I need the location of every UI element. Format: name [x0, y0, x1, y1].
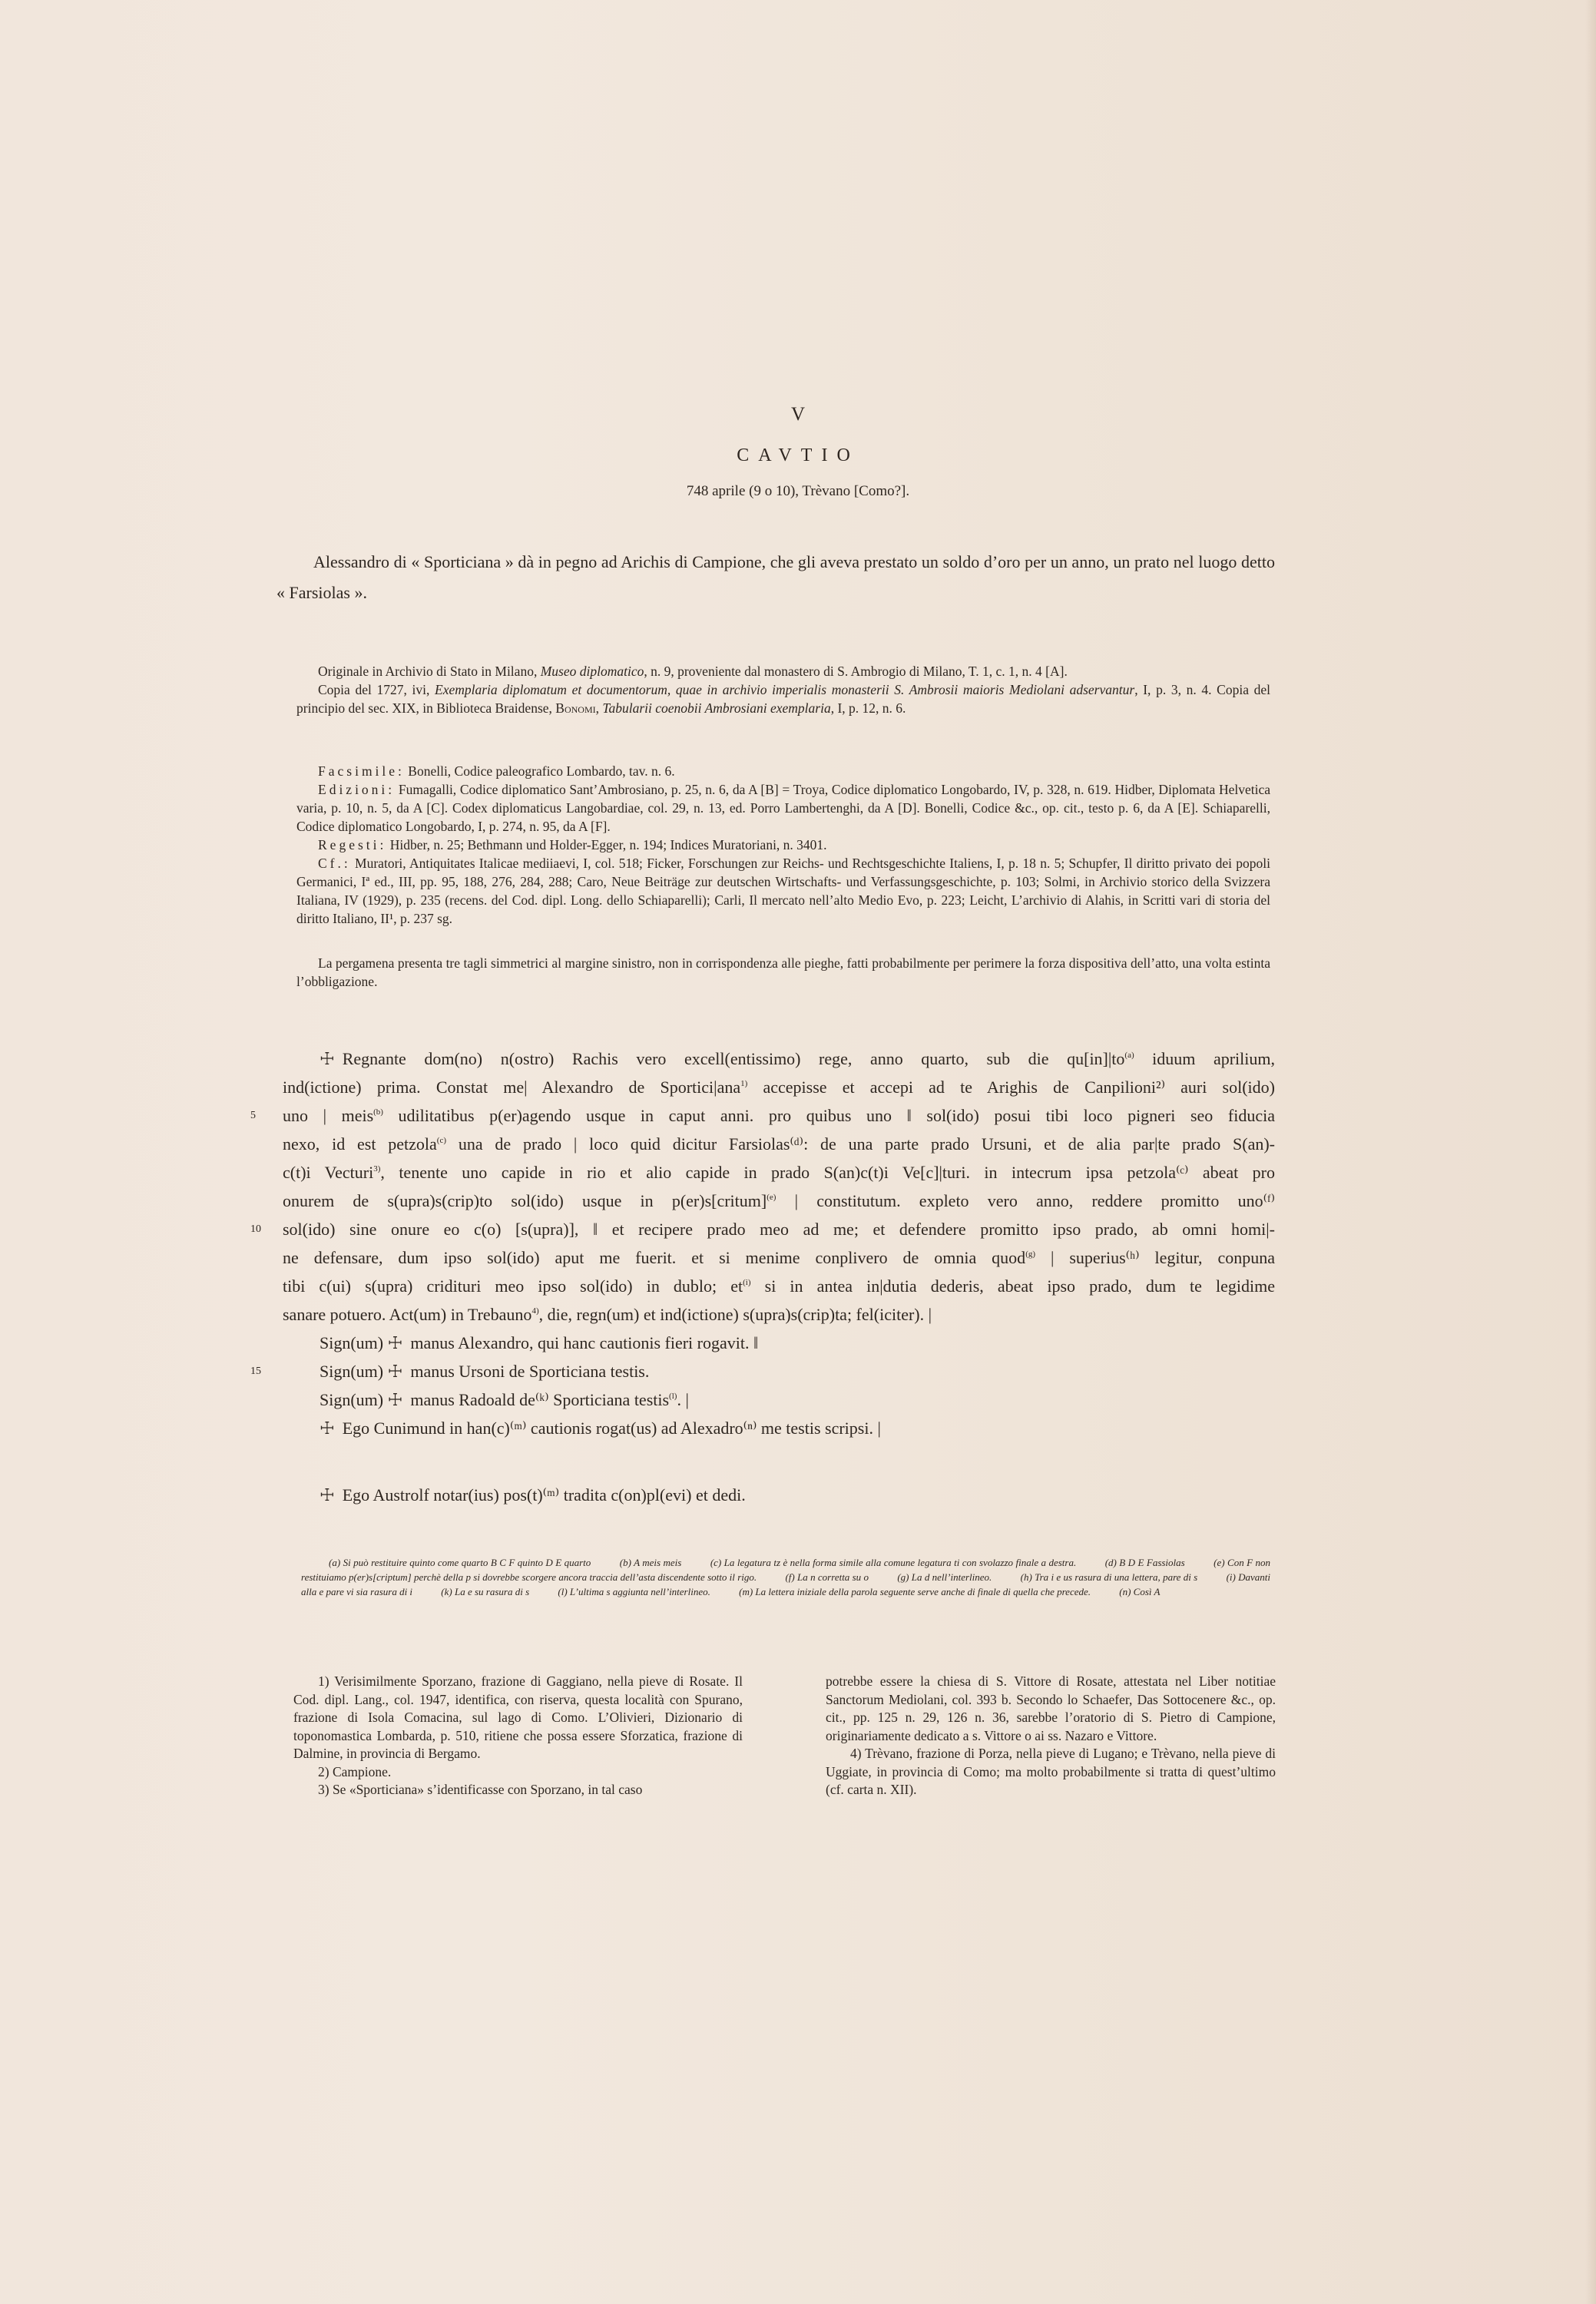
line-text: , die, regn(um) et ind(ictione) s(upra)s…	[539, 1305, 932, 1324]
note-marker: 4)	[531, 1306, 538, 1316]
line-text: ind(ictione) prima. Constat me| Alexandr…	[283, 1078, 740, 1097]
apparatus-item: (m) La lettera iniziale della parola seg…	[739, 1586, 1091, 1597]
line-text: onurem de s(upra)s(crip)to sol(ido) usqu…	[283, 1191, 767, 1210]
signature-line: Sign(um) ☩manus Alexandro, qui hanc caut…	[283, 1329, 1275, 1357]
tradition-text: , I, p. 12, n. 6.	[831, 700, 906, 716]
note-marker: (l)	[669, 1392, 677, 1401]
apparatus-item: (h) Tra i e us rasura di una lettera, pa…	[1021, 1571, 1198, 1583]
summary-text: Alessandro di « Sporticiana » dà in pegn…	[276, 547, 1275, 608]
line-text: si in antea in|dutia dederis, abeat ipso…	[751, 1276, 1275, 1296]
note-marker: (g)	[1025, 1250, 1035, 1259]
document-title: CAVTIO	[0, 445, 1596, 466]
text-line: 10sol(ido) sine onure eo c(o) [s(upra)],…	[283, 1215, 1275, 1243]
cross-icon: ☩	[320, 1481, 335, 1509]
apparatus-item: (d) B D E Fassiolas	[1105, 1557, 1185, 1568]
ref-text: Bonelli, Codice paleografico Lombardo, t…	[408, 763, 674, 779]
notary-text: Ego Austrolf notar(ius) pos(t)⁽ᵐ⁾ tradit…	[343, 1485, 746, 1505]
ref-label: Edizioni:	[318, 782, 395, 797]
line-text: sanare potuero. Act(um) in Trebauno	[283, 1305, 531, 1324]
ref-text: Fumagalli, Codice diplomatico Sant’Ambro…	[296, 782, 1270, 834]
text-line: ind(ictione) prima. Constat me| Alexandr…	[283, 1073, 1275, 1101]
note-marker: 3)	[373, 1164, 380, 1174]
ref-text: Hidber, n. 25; Bethmann und Holder-Egger…	[390, 837, 827, 852]
parchment-note-text: La pergamena presenta tre tagli simmetri…	[296, 954, 1270, 991]
signature-text: manus Ursoni de Sporticiana testis.	[410, 1362, 649, 1381]
tradition-text: Copia del 1727, ivi,	[318, 682, 435, 697]
signature-line: Sign(um) ☩manus Radoald de⁽ᵏ⁾ Sportician…	[283, 1385, 1275, 1414]
signum-label: Sign(um)	[320, 1390, 388, 1409]
footnote: 4) Trèvano, frazione di Porza, nella pie…	[826, 1745, 1276, 1799]
ref-label: Cf.:	[318, 856, 351, 871]
line-number: 5	[250, 1101, 256, 1130]
apparatus-item: (c) La legatura tz è nella forma simile …	[710, 1557, 1076, 1568]
apparatus-item: (g) La d nell’interlineo.	[897, 1571, 992, 1583]
line-text: | superius⁽ʰ⁾ legitur, conpuna	[1035, 1248, 1275, 1267]
line-text: c(t)i Vecturi	[283, 1163, 373, 1182]
line-number: 15	[250, 1357, 261, 1385]
ref-label: Facsimile:	[318, 763, 405, 779]
cross-icon: ☩	[388, 1357, 403, 1385]
note-marker: (a)	[1124, 1051, 1134, 1060]
text-line: ☩Regnante dom(no) n(ostro) Rachis vero e…	[283, 1044, 1275, 1073]
manuscript-tradition: Originale in Archivio di Stato in Milano…	[296, 662, 1270, 717]
footnote: 3) Se «Sporticiana» s’identificasse con …	[293, 1781, 743, 1799]
line-text: tibi c(ui) s(upra) criditurі meo ipso so…	[283, 1276, 743, 1296]
signature-text: Ego Cunimund in han(c)⁽ᵐ⁾ cautionis roga…	[343, 1418, 881, 1438]
apparatus-item: (f) La n corretta su o	[785, 1571, 869, 1583]
note-marker: (b)	[373, 1107, 383, 1117]
tradition-text: Originale in Archivio di Stato in Milano…	[318, 664, 541, 679]
cross-icon: ☩	[320, 1414, 335, 1442]
footnote: potrebbe essere la chiesa di S. Vittore …	[826, 1673, 1276, 1745]
footnotes-right-column: potrebbe essere la chiesa di S. Vittore …	[826, 1673, 1276, 1799]
footnote: 1) Verisimilmente Sporzano, frazione di …	[293, 1673, 743, 1763]
tradition-copies: Copia del 1727, ivi, Exemplaria diplomat…	[296, 680, 1270, 717]
tradition-author: Bonomi	[555, 700, 595, 716]
line-text: , tenente uno capide in rio et alio capi…	[380, 1163, 1275, 1182]
notary-line: ☩Ego Austrolf notar(ius) pos(t)⁽ᵐ⁾ tradi…	[283, 1481, 1275, 1509]
text-line: c(t)i Vecturi3), tenente uno capide in r…	[283, 1158, 1275, 1187]
line-text: una de prado | loco quid dicitur Farsiol…	[446, 1134, 1275, 1154]
ref-regesti: Regesti: Hidber, n. 25; Bethmann und Hol…	[296, 836, 1270, 854]
apparatus-text: (a) Si può restituire quinto come quarto…	[301, 1555, 1270, 1599]
line-text: sol(ido) sine onure eo c(o) [s(upra)], ‖…	[283, 1220, 1275, 1239]
footnotes-left-column: 1) Verisimilmente Sporzano, frazione di …	[293, 1673, 743, 1799]
signum-label: Sign(um)	[320, 1333, 388, 1352]
parchment-note: La pergamena presenta tre tagli simmetri…	[296, 954, 1270, 991]
document-summary: Alessandro di « Sporticiana » dà in pegn…	[276, 547, 1275, 608]
apparatus-item: (n) Così A	[1119, 1586, 1160, 1597]
note-marker: (i)	[743, 1278, 750, 1287]
document-number: V	[0, 404, 1596, 425]
line-text: | constitutum. expleto vero anno, redder…	[776, 1191, 1275, 1210]
signature-text: manus Alexandro, qui hanc cautionis fier…	[410, 1333, 758, 1352]
document-date-place: 748 aprile (9 o 10), Trèvano [Como?].	[0, 483, 1596, 500]
ref-cf: Cf.: Muratori, Antiquitates Italicae med…	[296, 854, 1270, 928]
tradition-text: , n. 9, proveniente dal monastero di S. …	[644, 664, 1068, 679]
signum-label: Sign(um)	[320, 1362, 388, 1381]
signature-line: ☩Ego Cunimund in han(c)⁽ᵐ⁾ cautionis rog…	[283, 1414, 1275, 1442]
signature-text: manus Radoald de⁽ᵏ⁾ Sporticiana testis	[410, 1390, 669, 1409]
apparatus-item: (l) L’ultima s aggiunta nell’interlineo.	[558, 1586, 710, 1597]
line-text: udilitatibus p(er)agendo usque in caput …	[383, 1106, 1275, 1125]
critical-apparatus: (a) Si può restituire quinto come quarto…	[301, 1555, 1270, 1599]
ref-label: Regesti:	[318, 837, 386, 852]
line-text: ne defensare, dum ipso sol(ido) aput me …	[283, 1248, 1025, 1267]
line-text: Regnante dom(no) n(ostro) Rachis vero ex…	[343, 1049, 1125, 1068]
spacer	[283, 1442, 1275, 1481]
cross-icon: ☩	[388, 1329, 403, 1357]
apparatus-item: (b) A meis meis	[620, 1557, 682, 1568]
ref-facsimile: Facsimile: Bonelli, Codice paleografico …	[296, 762, 1270, 780]
tradition-original: Originale in Archivio di Stato in Milano…	[296, 662, 1270, 680]
line-text: nexo, id est petzola	[283, 1134, 437, 1154]
note-marker: 1)	[740, 1079, 747, 1088]
text-line: nexo, id est petzola(c) una de prado | l…	[283, 1130, 1275, 1158]
text-line: sanare potuero. Act(um) in Trebauno4), d…	[283, 1300, 1275, 1329]
ref-text: Muratori, Antiquitates Italicae mediiaev…	[296, 856, 1270, 926]
tradition-title: Museo diplomatico	[541, 664, 644, 679]
line-number: 10	[250, 1215, 261, 1243]
note-marker: (e)	[767, 1193, 776, 1202]
signature-line: 15Sign(um) ☩manus Ursoni de Sporticiana …	[283, 1357, 1275, 1385]
ref-edizioni: Edizioni: Fumagalli, Codice diplomatico …	[296, 780, 1270, 836]
page-edge-shadow	[1585, 0, 1596, 2304]
text-line: tibi c(ui) s(upra) criditurі meo ipso so…	[283, 1272, 1275, 1300]
apparatus-item: (a) Si può restituire quinto come quarto…	[329, 1557, 591, 1568]
tradition-title: Exemplaria diplomatum et documentorum, q…	[435, 682, 1134, 697]
bibliographic-references: Facsimile: Bonelli, Codice paleografico …	[296, 762, 1270, 928]
tradition-title: Tabularii coenobii Ambrosiani exemplaria	[602, 700, 830, 716]
line-text: accepisse et accepi ad te Arighis de Can…	[747, 1078, 1275, 1097]
text-line: ne defensare, dum ipso sol(ido) aput me …	[283, 1243, 1275, 1272]
cross-icon: ☩	[388, 1385, 403, 1414]
text-line: 5uno | meis(b) udilitatibus p(er)agendo …	[283, 1101, 1275, 1130]
footnote: 2) Campione.	[293, 1763, 743, 1782]
line-text: uno | meis	[283, 1106, 373, 1125]
cross-icon: ☩	[320, 1044, 335, 1073]
note-marker: (c)	[437, 1136, 446, 1145]
line-text: iduum aprilium,	[1134, 1049, 1275, 1068]
signature-text: . |	[677, 1390, 688, 1409]
edition-text: ☩Regnante dom(no) n(ostro) Rachis vero e…	[283, 1044, 1275, 1509]
apparatus-item: (k) La e su rasura di s	[441, 1586, 529, 1597]
text-line: onurem de s(upra)s(crip)to sol(ido) usqu…	[283, 1187, 1275, 1215]
